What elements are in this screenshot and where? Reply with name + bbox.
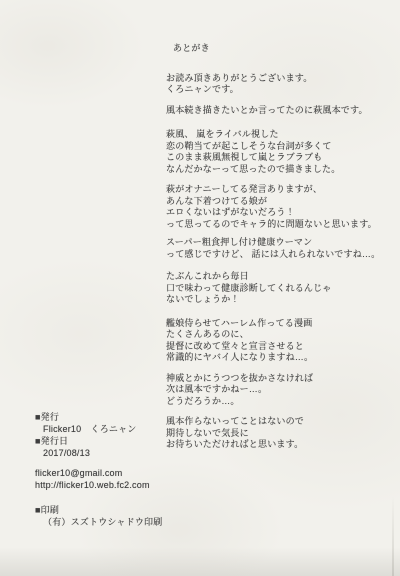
- afterword-line: スーパー粗食押し付け健康ウーマン: [166, 237, 394, 249]
- afterword-paragraph: 萩がオナニーしてる発言ありますが、あんな下着つけてる娘がエロくないはずがないだろ…: [166, 184, 394, 230]
- afterword-title: あとがき: [166, 43, 394, 55]
- afterword-line: 口で味わって健康診断してくれるんじゃ: [166, 283, 394, 295]
- afterword-line: 次は風本ですかねー…。: [166, 384, 394, 396]
- afterword-line: 恋の鞘当てが起こしそうな台詞が多くて: [166, 141, 394, 153]
- colophon-section: ■発行 Flicker10 くろニャン ■発行日 2017/08/13 flic…: [35, 411, 185, 528]
- afterword-paragraphs: お読み頂きありがとうございます。くろニャンです。風本続き描きたいとか言ってたのに…: [166, 73, 394, 451]
- afterword-paragraph: スーパー粗食押し付け健康ウーマンって感じですけど、 話には入れられないですね…。: [166, 237, 394, 260]
- afterword-paragraph: 風本作らないってことはないので期待しないで気長にお待ちいただければと思います。: [166, 416, 394, 451]
- afterword-line: なんだかなーって思ったので描きました。: [166, 164, 394, 176]
- afterword-line: たくさんあるのに、: [166, 329, 394, 341]
- printer-label: ■印刷: [35, 504, 185, 516]
- website-text: http://flicker10.web.fc2.com: [35, 479, 185, 491]
- afterword-line: 提督に改めて堂々と宣言させると: [166, 341, 394, 353]
- afterword-paragraph: たぶんこれから毎日口で味わって健康診断してくれるんじゃないでしょうか！: [166, 271, 394, 306]
- page-edge-shadow: [392, 496, 394, 576]
- afterword-line: たぶんこれから毎日: [166, 271, 394, 283]
- afterword-section: あとがき お読み頂きありがとうございます。くろニャンです。風本続き描きたいとか言…: [166, 43, 394, 460]
- afterword-line: このまま萩風無視して嵐とラブラブも: [166, 152, 394, 164]
- afterword-paragraph: 艦娘侍らせてハーレム作ってる漫画たくさんあるのに、提督に改めて堂々と宣言させると…: [166, 318, 394, 364]
- afterword-line: って思ってるのでキャラ的に問題ないと思います。: [166, 219, 394, 231]
- publish-date-label: ■発行日: [35, 435, 185, 447]
- afterword-line: 風本続き描きたいとか言ってたのに萩風本です。: [166, 105, 394, 117]
- afterword-line: 風本作らないってことはないので: [166, 416, 394, 428]
- afterword-line: 萩がオナニーしてる発言ありますが、: [166, 184, 394, 196]
- afterword-line: エロくないはずがないだろう！: [166, 207, 394, 219]
- publisher-value: Flicker10 くろニャン: [35, 423, 185, 435]
- afterword-line: って感じですけど、 話には入れられないですね…。: [166, 249, 394, 261]
- afterword-line: お読み頂きありがとうございます。: [166, 73, 394, 85]
- publisher-label: ■発行: [35, 411, 185, 423]
- afterword-paragraph: 萩風、 嵐をライバル視した恋の鞘当てが起こしそうな台詞が多くてこのまま萩風無視し…: [166, 129, 394, 175]
- email-text: flicker10@gmail.com: [35, 467, 185, 479]
- afterword-line: ないでしょうか！: [166, 294, 394, 306]
- printer-value: （有）スズトウシャドウ印刷: [35, 516, 185, 528]
- scanned-page: あとがき お読み頂きありがとうございます。くろニャンです。風本続き描きたいとか言…: [0, 0, 400, 576]
- afterword-line: 神威とかにうつつを抜かさなければ: [166, 373, 394, 385]
- afterword-line: 常識的にヤバイ人になりますね…。: [166, 352, 394, 364]
- afterword-line: 萩風、 嵐をライバル視した: [166, 129, 394, 141]
- afterword-paragraph: 風本続き描きたいとか言ってたのに萩風本です。: [166, 105, 394, 117]
- publish-date-value: 2017/08/13: [35, 447, 185, 459]
- afterword-line: 期待しないで気長に: [166, 428, 394, 440]
- afterword-paragraph: お読み頂きありがとうございます。くろニャンです。: [166, 73, 394, 96]
- afterword-line: あんな下着つけてる娘が: [166, 196, 394, 208]
- afterword-paragraph: 神威とかにうつつを抜かさなければ次は風本ですかねー…。どうだろうか…。: [166, 373, 394, 408]
- afterword-line: 艦娘侍らせてハーレム作ってる漫画: [166, 318, 394, 330]
- afterword-line: お待ちいただければと思います。: [166, 439, 394, 451]
- afterword-line: くろニャンです。: [166, 84, 394, 96]
- afterword-line: どうだろうか…。: [166, 396, 394, 408]
